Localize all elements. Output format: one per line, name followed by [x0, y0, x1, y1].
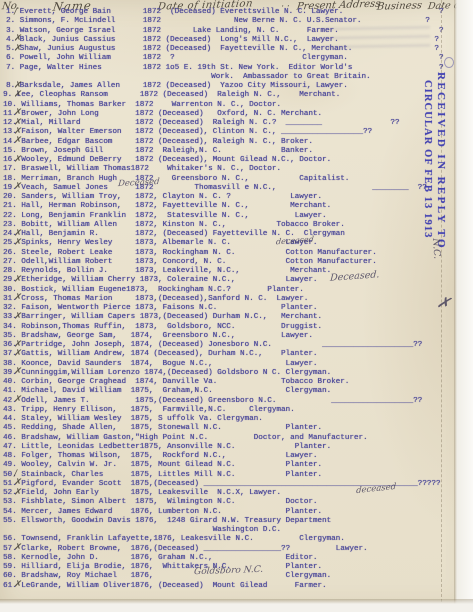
table-row: ✗29. Etheridge, William Cherry 1873, Col…	[3, 276, 469, 285]
table-row: Washington D.C.	[3, 526, 469, 535]
ink-ring-artifact	[444, 57, 454, 68]
table-row: ✗36. Partridge, John Joseph, 1874, (Dece…	[3, 341, 469, 350]
row-text: 24. Hall, Benjamin R. 1872, (Deceased) F…	[3, 230, 469, 239]
row-text: 52. Field, John Early 1875, Leakesville …	[3, 489, 469, 498]
table-row: 47. Little, Leonidas Ledbetter1875, Anso…	[3, 443, 469, 452]
table-row: 48. Folger, Thomas Wilson, 1875, Rockfor…	[3, 452, 469, 461]
row-text: 25. Spinks, Henry Wesley 1873, Albemarle…	[3, 239, 469, 248]
row-text: 18. Merriman, Branch Hugh 1872 Greensbor…	[3, 175, 469, 184]
row-text: 48. Folger, Thomas Wilson, 1875, Rockfor…	[3, 452, 469, 461]
table-row: ✗13. Faison, Walter Emerson 1872 (Deceas…	[3, 128, 469, 137]
row-text: 35. Bradshaw, George Sam, 1874, Greensbo…	[3, 332, 469, 341]
row-text: Washington D.C.	[3, 526, 469, 535]
table-row: 21. Hall, Herman Robinson, 1872, Fayette…	[3, 202, 469, 211]
table-row: ✗5. Shaw, Junius Augustus 1872 (Deceased…	[3, 45, 469, 54]
row-text: 49. Wooley, Calvin W. Jr. 1875, Mount Gi…	[3, 461, 469, 470]
table-row: 46. Bradshaw, William Gaston,"High Point…	[3, 434, 469, 443]
row-text: 12. Mial, Millard 1872 (Deceased) Raleig…	[3, 119, 469, 128]
row-text: 57. Clarke, Robert Browne, 1876,(Decease…	[3, 545, 469, 554]
row-text: 46. Bradshaw, William Gaston,"High Point…	[3, 434, 469, 443]
table-row: 3. Watson, George Israel 1872 Lake Landi…	[3, 27, 469, 36]
table-row: ✗12. Mial, Millard 1872 (Deceased) Ralei…	[3, 119, 469, 128]
table-row: 28. Reynolds, Bollin J. 1873, Leakeville…	[3, 267, 469, 276]
table-row: ∕1. Everett, George Bain 1872 (Deceased)…	[3, 8, 469, 17]
row-text: 23. Bobitt, William Allen 1872, Kinston …	[3, 221, 469, 230]
table-row: 45. Redding, Shade Allen, 1875, Stonewal…	[3, 424, 469, 433]
row-text: 10. Williams, Thomas Barker 1872 Warrent…	[3, 101, 469, 110]
handwritten-check-mark: ✗	[13, 487, 22, 497]
table-row: 23. Bobitt, William Allen 1872, Kinston …	[3, 221, 469, 230]
table-row: 55. Ellsworth, Goodwin Davis 1876, 1248 …	[3, 517, 469, 526]
table-row: 6. Powell, John William 1872 ? Clergyman…	[3, 54, 469, 63]
table-row: 44. Staley, William Wesley 1875, S uffol…	[3, 415, 469, 424]
table-row: 10. Williams, Thomas Barker 1872 Warrent…	[3, 101, 469, 110]
table-row: 58. Kernodle, John D. 1876, Graham N.C.,…	[3, 554, 469, 563]
table-row: ✗4. Black, Junius Cassius 1872 (Deceased…	[3, 36, 469, 45]
row-text: 7. Page, Walter Hines 1872 1o5 E. 19th S…	[6, 64, 472, 73]
row-text: 54. Mercer, James Edward 1876, Lumberton…	[3, 508, 469, 517]
table-row: 17. Braswell, William Thomas1872 Whitake…	[3, 165, 469, 174]
row-text: 58. Kernodle, John D. 1876, Graham N.C.,…	[3, 554, 469, 563]
handwritten-check-mark: ✗	[13, 311, 22, 321]
row-text: 2. Simmons, F. McLindell 1872 New Berne …	[6, 17, 472, 26]
row-text: 17. Braswell, William Thomas1872 Whitake…	[3, 165, 469, 174]
table-row: ✗25. Spinks, Henry Wesley 1873, Albemarl…	[3, 239, 469, 248]
table-row: 22. Long, Benjamin Franklin 1872, States…	[3, 212, 469, 221]
row-text: 13. Faison, Walter Emerson 1872 (Decease…	[3, 128, 469, 137]
table-row: 38. Koonce, David Saunders 1874, Bogue N…	[3, 360, 469, 369]
handwritten-check-mark: ✗	[13, 348, 22, 358]
row-text: 15. Brown, Joseph Gill 1872 Raleigh,N. C…	[3, 147, 469, 156]
row-text: 20. Sanders, William Troy, 1872, Clayton…	[3, 193, 469, 202]
table-row: ✗39. Cunninggim,William Lorenzo 1874,(De…	[3, 369, 469, 378]
row-text: 3. Watson, George Israel 1872 Lake Landi…	[6, 27, 472, 36]
row-text: 32. Faison, Wentworth Pierce 1873, Faiso…	[3, 304, 469, 313]
row-text: 36. Partridge, John Joseph, 1874, (Decea…	[3, 341, 469, 350]
table-row: ✗42. Odell, James T. 1875,(Deceased) Gre…	[3, 397, 469, 406]
row-text: 45. Redding, Shade Allen, 1875, Stonewal…	[3, 424, 469, 433]
handwritten-check-mark: ✗	[13, 394, 22, 404]
handwritten-check-mark: ✗	[13, 579, 22, 589]
table-row: 41. Michael, David William 1875, Graham,…	[3, 387, 469, 396]
table-row: 20. Sanders, William Troy, 1872, Clayton…	[3, 193, 469, 202]
table-row: 40. Corbin, George Craghead 1874, Danvil…	[3, 378, 469, 387]
row-text: 44. Staley, William Wesley 1875, S uffol…	[3, 415, 469, 424]
handwritten-check-mark: ✗	[13, 237, 22, 247]
row-text: 28. Reynolds, Bollin J. 1873, Leakeville…	[3, 267, 469, 276]
handwritten-check-mark: ✗	[13, 293, 22, 303]
handwritten-check-mark: ✗	[13, 367, 22, 377]
row-text: 34. Robinson,Thomas Ruffin, 1873, Goldsb…	[3, 323, 469, 332]
table-row: 32. Faison, Wentworth Pierce 1873, Faiso…	[3, 304, 469, 313]
row-text: 56. Townsend, Franklin Lafayette,1876, L…	[3, 535, 469, 544]
row-text: 31. Cross, Thomas Marion 1873,(Deceased)…	[3, 295, 469, 304]
row-text: 9. Lee, Cleophas Ransom 1872 (Deceased) …	[3, 91, 469, 100]
table-row: Work. Ambassador to Great Britain.	[3, 73, 469, 82]
row-text: 38. Koonce, David Saunders 1874, Bogue N…	[3, 360, 469, 369]
table-row: ∕50. Stainback, Charles 1875, Littles Mi…	[3, 471, 469, 480]
handwritten-check-mark: ✗	[13, 43, 22, 53]
handwritten-check-mark: ✗	[13, 89, 22, 99]
table-row: 27. Odell,William Robert 1873, Concord, …	[3, 258, 469, 267]
row-text: 5. Shaw, Junius Augustus 1872 (Deceased)…	[6, 45, 472, 54]
handwritten-check-mark: ✗	[13, 154, 22, 164]
row-text: 37. Gattis, William Andrew, 1874 (Deceas…	[3, 350, 469, 359]
table-row: 43. Tripp, Henry Ellison, 1875, Farmvill…	[3, 406, 469, 415]
handwritten-check-mark: ✗	[13, 542, 22, 552]
row-text: 19. Veach, Samuel Jones 1872 Thomasvill …	[3, 184, 469, 193]
row-text: 26. Steele, Robert Leake 1873, Rockingha…	[3, 249, 469, 258]
table-row: 15. Brown, Joseph Gill 1872 Raleigh,N. C…	[3, 147, 469, 156]
table-row: ✗11. Brower, John Long 1872 (Deceased) O…	[3, 110, 469, 119]
table-row: ✗37. Gattis, William Andrew, 1874 (Decea…	[3, 350, 469, 359]
row-text: 51. Pigford, Evander Scott 1875,(Decease…	[3, 480, 469, 489]
handwritten-check-mark: ✗	[13, 135, 22, 145]
table-row: 7. Page, Walter Hines 1872 1o5 E. 19th S…	[3, 64, 469, 73]
row-text: 16. Wooley, Edmund DeBerry 1872 (Decease…	[3, 156, 469, 165]
table-row: ✗16. Wooley, Edmund DeBerry 1872 (Deceas…	[3, 156, 469, 165]
handwritten-check-mark: ✗	[13, 274, 22, 284]
table-row: 49. Wooley, Calvin W. Jr. 1875, Mount Gi…	[3, 461, 469, 470]
annotation-margin-nc: N.C.	[430, 238, 442, 259]
table-row: 26. Steele, Robert Leake 1873, Rockingha…	[3, 249, 469, 258]
row-text: 21. Hall, Herman Robinson, 1872, Fayette…	[3, 202, 469, 211]
table-row: 54. Mercer, James Edward 1876, Lumberton…	[3, 508, 469, 517]
table-row: 53. Fishblate, Simon Albert 1875, Wilmin…	[3, 498, 469, 507]
table-row: ✗52. Field, John Early 1875, Leakesville…	[3, 489, 469, 498]
table-row: ✗61. LeGrande, William Oliver1876, (Dece…	[3, 582, 469, 591]
row-text: 14. Barbee, Edgar Bascom 1872 (Deceased)…	[3, 138, 469, 147]
table-row: ✗33. Barringer, William Capers 1873,(Dec…	[3, 313, 469, 322]
row-text: 27. Odell,William Robert 1873, Concord, …	[3, 258, 469, 267]
table-row: 30. Bostick, William Eugene1873, Rocking…	[3, 286, 469, 295]
table-row: 34. Robinson,Thomas Ruffin, 1873, Goldsb…	[3, 323, 469, 332]
table-row: 18. Merriman, Branch Hugh 1872 Greensbor…	[3, 175, 469, 184]
table-row: ✗51. Pigford, Evander Scott 1875,(Deceas…	[3, 480, 469, 489]
row-text: Work. Ambassador to Great Britain.	[6, 73, 472, 82]
row-text: 1. Everett, George Bain 1872 (Deceased) …	[6, 8, 472, 17]
row-text: 11. Brower, John Long 1872 (Deceased) Ox…	[3, 110, 469, 119]
row-text: 53. Fishblate, Simon Albert 1875, Wilmin…	[3, 498, 469, 507]
table-row: ✗14. Barbee, Edgar Bascom 1872 (Deceased…	[3, 138, 469, 147]
table-row: ✗57. Clarke, Robert Browne, 1876,(Deceas…	[3, 545, 469, 554]
row-text: 29. Etheridge, William Cherry 1873, Cole…	[3, 276, 469, 285]
table-row: 56. Townsend, Franklin Lafayette,1876, L…	[3, 535, 469, 544]
table-row: ✗31. Cross, Thomas Marion 1873,(Deceased…	[3, 295, 469, 304]
table-row: ✗24. Hall, Benjamin R. 1872, (Deceased) …	[3, 230, 469, 239]
row-text: 50. Stainback, Charles 1875, Littles Mil…	[3, 471, 469, 480]
row-text: 55. Ellsworth, Goodwin Davis 1876, 1248 …	[3, 517, 469, 526]
table-row: 2. Simmons, F. McLindell 1872 New Berne …	[3, 17, 469, 26]
table-row: 35. Bradshaw, George Sam, 1874, Greensbo…	[3, 332, 469, 341]
member-list: ∕1. Everett, George Bain 1872 (Deceased)…	[3, 8, 469, 591]
row-text: 39. Cunninggim,William Lorenzo 1874,(Dec…	[3, 369, 469, 378]
handwritten-check-mark: ✗	[13, 182, 22, 192]
paper-bottom-edge	[0, 599, 473, 612]
row-text: 43. Tripp, Henry Ellison, 1875, Farmvill…	[3, 406, 469, 415]
paper-right-edge	[454, 0, 473, 612]
row-text: 41. Michael, David William 1875, Graham,…	[3, 387, 469, 396]
row-text: 40. Corbin, George Craghead 1874, Danvil…	[3, 378, 469, 387]
row-text: 30. Bostick, William Eugene1873, Rocking…	[3, 286, 469, 295]
row-text: 8. Barksdale, James Allen 1872 (Deceased…	[6, 82, 472, 91]
row-text: 22. Long, Benjamin Franklin 1872, States…	[3, 212, 469, 221]
row-text: 42. Odell, James T. 1875,(Deceased) Gree…	[3, 397, 469, 406]
row-text: 61. LeGrande, William Oliver1876, (Decea…	[3, 582, 469, 591]
row-text: 4. Black, Junius Cassius 1872 (Deceased)…	[6, 36, 472, 45]
table-row: ✗9. Lee, Cleophas Ransom 1872 (Deceased)…	[3, 91, 469, 100]
row-text: 47. Little, Leonidas Ledbetter1875, Anso…	[3, 443, 469, 452]
table-row: ✗8. Barksdale, James Allen 1872 (Decease…	[3, 82, 469, 91]
row-text: 6. Powell, John William 1872 ? Clergyman…	[6, 54, 472, 63]
scanned-document-page: No. Name Date of initiation · · Present …	[0, 0, 473, 612]
table-row: ✗19. Veach, Samuel Jones 1872 Thomasvill…	[3, 184, 469, 193]
row-text: 33. Barringer, William Capers 1873,(Dece…	[3, 313, 469, 322]
